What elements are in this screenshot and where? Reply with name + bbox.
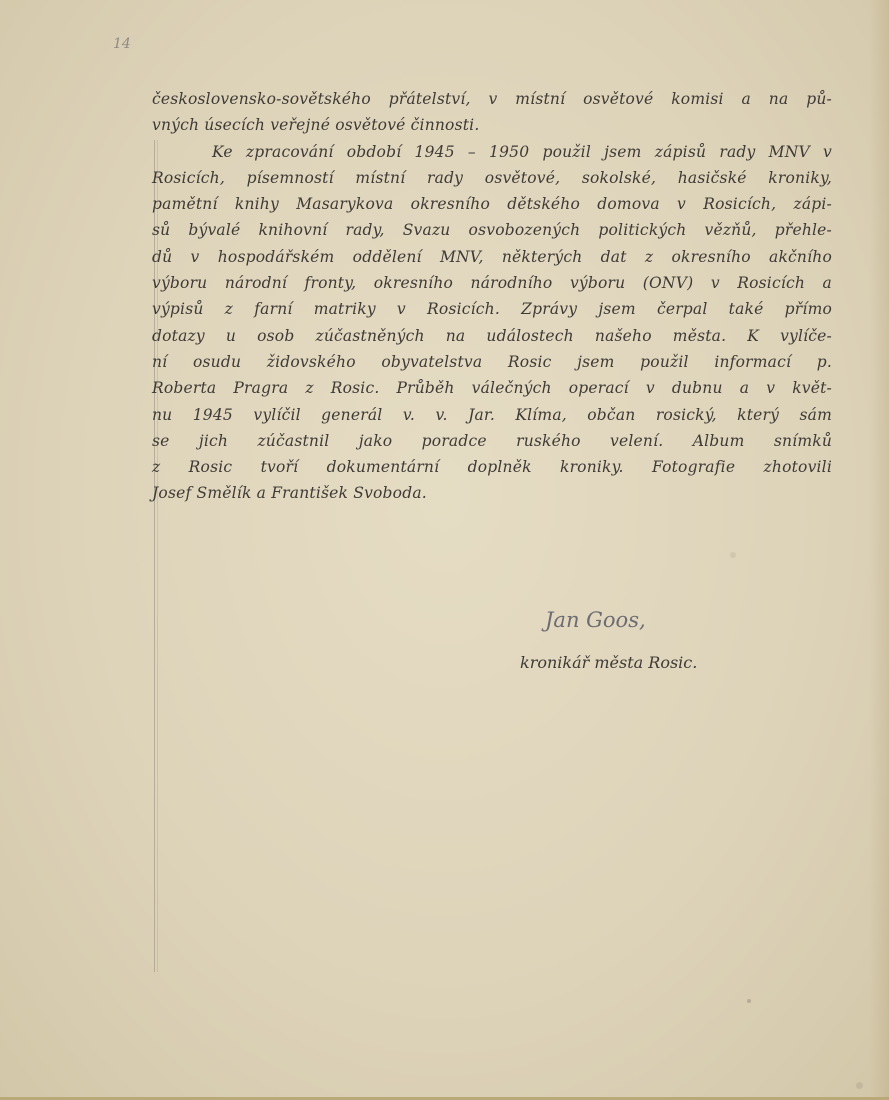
text-line: se jich zúčastnil jako poradce ruského v… — [152, 428, 832, 454]
text-line: výboru národní fronty, okresního národní… — [152, 270, 832, 296]
signature-title: kronikář města Rosic. — [520, 650, 820, 676]
text-line: Josef Smělík a František Svoboda. — [152, 480, 832, 506]
text-line: pamětní knihy Masarykova okresního dětsk… — [152, 191, 832, 217]
text-line: vných úsecích veřejné osvětové činnosti. — [152, 112, 832, 138]
paper-speck — [856, 1082, 863, 1089]
text-line: československo-sovětského přátelství, v … — [152, 86, 832, 112]
page-number: 14 — [113, 36, 131, 52]
text-line: ní osudu židovského obyvatelstva Rosic j… — [152, 349, 832, 375]
handwritten-body-text: československo-sovětského přátelství, v … — [152, 86, 832, 507]
text-line: dů v hospodářském oddělení MNV, některýc… — [152, 244, 832, 270]
page-edge-shadow — [869, 0, 889, 1100]
signature: Jan Goos, — [545, 600, 820, 640]
signature-block: Jan Goos, kronikář města Rosic. — [520, 600, 820, 676]
text-line: Roberta Pragra z Rosic. Průběh válečných… — [152, 375, 832, 401]
text-line: Rosicích, písemností místní rady osvětov… — [152, 165, 832, 191]
text-line: výpisů z farní matriky v Rosicích. Zpráv… — [152, 296, 832, 322]
text-line: dotazy u osob zúčastněných na událostech… — [152, 323, 832, 349]
chronicle-page: 14 československo-sovětského přátelství,… — [0, 0, 889, 1100]
paper-speck — [747, 999, 751, 1003]
text-line: sů bývalé knihovní rady, Svazu osvobozen… — [152, 217, 832, 243]
text-line: nu 1945 vylíčil generál v. v. Jar. Klíma… — [152, 402, 832, 428]
paragraph-start-line: Ke zpracování období 1945 – 1950 použil … — [152, 139, 832, 165]
text-line: z Rosic tvoří dokumentární doplněk kroni… — [152, 454, 832, 480]
paper-speck — [730, 552, 736, 558]
